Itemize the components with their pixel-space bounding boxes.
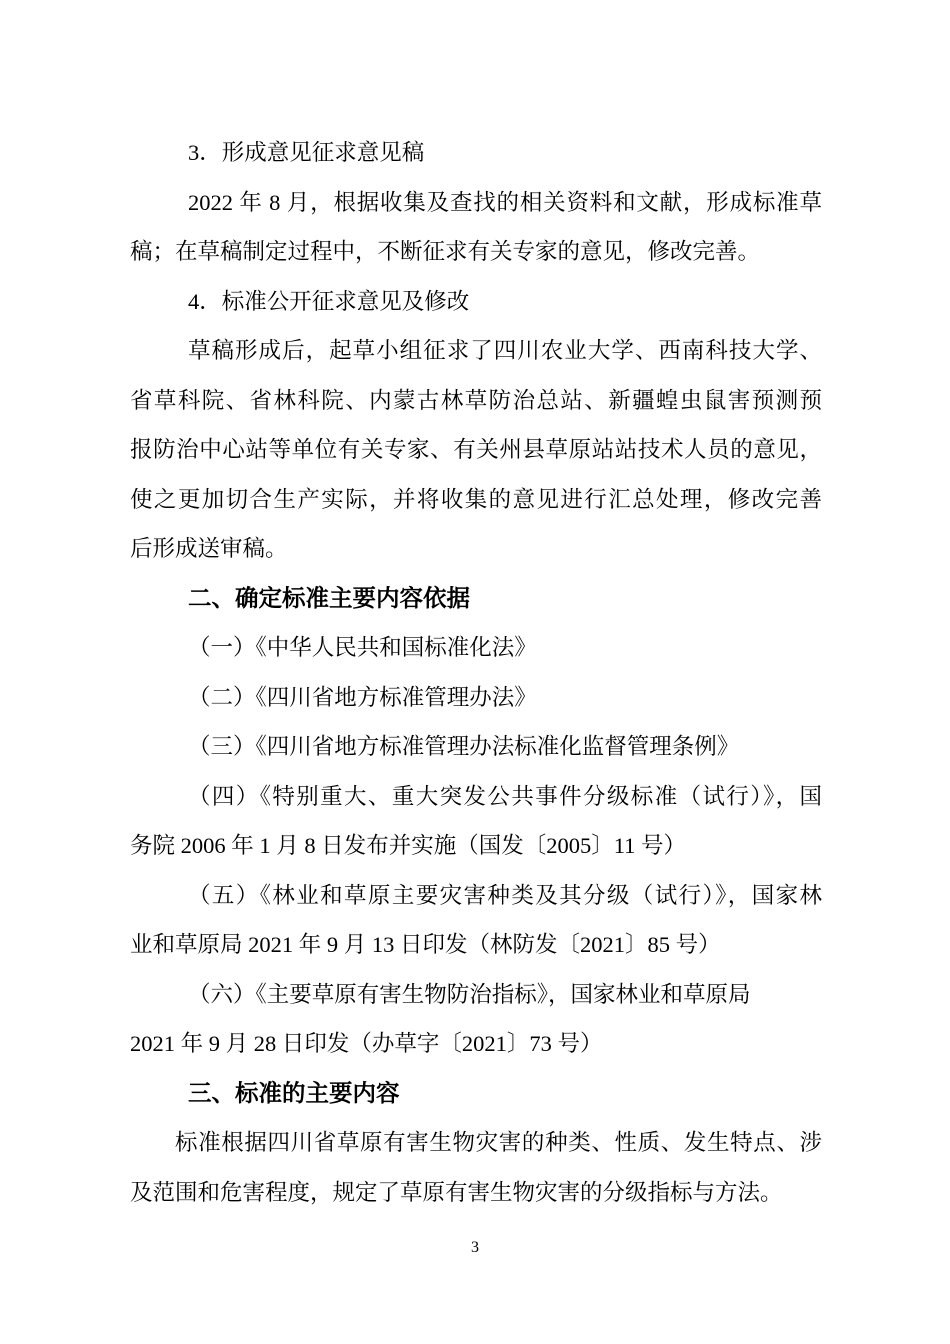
section-heading: 三、标准的主要内容 — [130, 1069, 822, 1119]
text-line: 标准根据四川省草原有害生物灾害的种类、性质、发生特点、涉 — [130, 1118, 822, 1168]
text-line: 2021 年 9 月 28 日印发（办草字〔2021〕73 号） — [130, 1019, 822, 1069]
text-line: 业和草原局 2021 年 9 月 13 日印发（林防发〔2021〕85 号） — [130, 920, 822, 970]
text-line: 使之更加切合生产实际，并将收集的意见进行汇总处理，修改完善 — [130, 475, 822, 525]
section-heading: 二、确定标准主要内容依据 — [130, 574, 822, 624]
text-line: 省草科院、省林科院、内蒙古林草防治总站、新疆蝗虫鼠害预测预 — [130, 376, 822, 426]
page-number: 3 — [471, 1239, 479, 1256]
text-line: 后形成送审稿。 — [130, 524, 822, 574]
text-line: 4．标准公开征求意见及修改 — [130, 277, 822, 327]
page-footer: 3 — [0, 1238, 950, 1258]
text-line: （一）《中华人民共和国标准化法》 — [130, 623, 822, 673]
text-line: 2022 年 8 月，根据收集及查找的相关资料和文献，形成标准草 — [130, 178, 822, 228]
text-line: 务院 2006 年 1 月 8 日发布并实施（国发〔2005〕11 号） — [130, 821, 822, 871]
text-line: 稿；在草稿制定过程中，不断征求有关专家的意见，修改完善。 — [130, 227, 822, 277]
text-line: 3．形成意见征求意见稿 — [130, 128, 822, 178]
document-page: 3．形成意见征求意见稿2022 年 8 月，根据收集及查找的相关资料和文献，形成… — [0, 0, 950, 1344]
text-line: （三）《四川省地方标准管理办法标准化监督管理条例》 — [130, 722, 822, 772]
text-line: 报防治中心站等单位有关专家、有关州县草原站站技术人员的意见， — [130, 425, 822, 475]
text-line: 草稿形成后，起草小组征求了四川农业大学、西南科技大学、 — [130, 326, 822, 376]
text-line: （六）《主要草原有害生物防治指标》，国家林业和草原局 — [130, 970, 822, 1020]
document-content: 3．形成意见征求意见稿2022 年 8 月，根据收集及查找的相关资料和文献，形成… — [130, 128, 822, 1217]
text-line: （二）《四川省地方标准管理办法》 — [130, 673, 822, 723]
text-line: （五）《林业和草原主要灾害种类及其分级（试行）》，国家林 — [130, 871, 822, 921]
text-line: （四）《特别重大、重大突发公共事件分级标准（试行）》，国 — [130, 772, 822, 822]
text-line: 及范围和危害程度，规定了草原有害生物灾害的分级指标与方法。 — [130, 1168, 822, 1218]
